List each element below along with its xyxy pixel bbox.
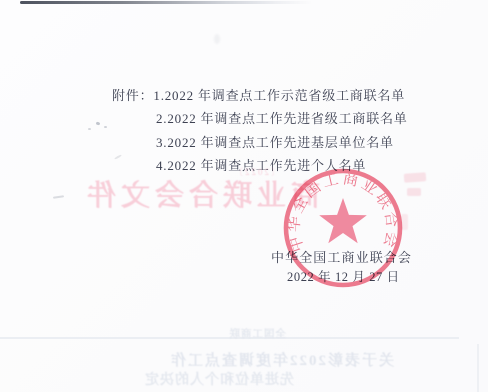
attachment-item-2: 2.2022 年调查点工作先进省级工商联名单 — [156, 107, 408, 130]
bleed-through-pink-mark — [407, 188, 421, 196]
scanned-document-page: 附件：1.2022 年调查点工作示范省级工商联名单 2.2022 年调查点工作先… — [0, 0, 488, 392]
bleed-through-docnumber: 〔2022〕 — [185, 165, 280, 178]
attachment-item-1: 1.2022 年调查点工作示范省级工商联名单 — [153, 88, 405, 103]
bleed-through-title-line1: 关于表彰2022年度调查点工作 — [116, 349, 394, 370]
pencil-speck — [104, 126, 107, 128]
official-seal: 中华全国工商业联合会 — [281, 166, 405, 294]
bleed-through-pink-mark — [404, 172, 427, 183]
bleed-through-title-line2: 先进单位和个人的决定 — [170, 369, 294, 389]
scanner-edge-artifact — [477, 344, 479, 392]
seal-star-icon — [319, 198, 367, 243]
attachment-list: 附件：1.2022 年调查点工作示范省级工商联名单 2.2022 年调查点工作先… — [112, 84, 408, 178]
attachment-line-1: 附件：1.2022 年调查点工作示范省级工商联名单 — [112, 84, 408, 107]
pencil-speck — [96, 121, 101, 125]
attachment-item-3: 3.2022 年调查点工作先进基层单位名单 — [156, 131, 408, 154]
pencil-speck — [88, 128, 91, 130]
scan-smudge — [214, 34, 220, 44]
pencil-speck — [53, 195, 64, 199]
attachments-label: 附件： — [112, 88, 153, 103]
scanner-edge-artifact — [20, 1, 312, 4]
bleed-through-footer-text: 全国工商联 — [212, 326, 286, 341]
